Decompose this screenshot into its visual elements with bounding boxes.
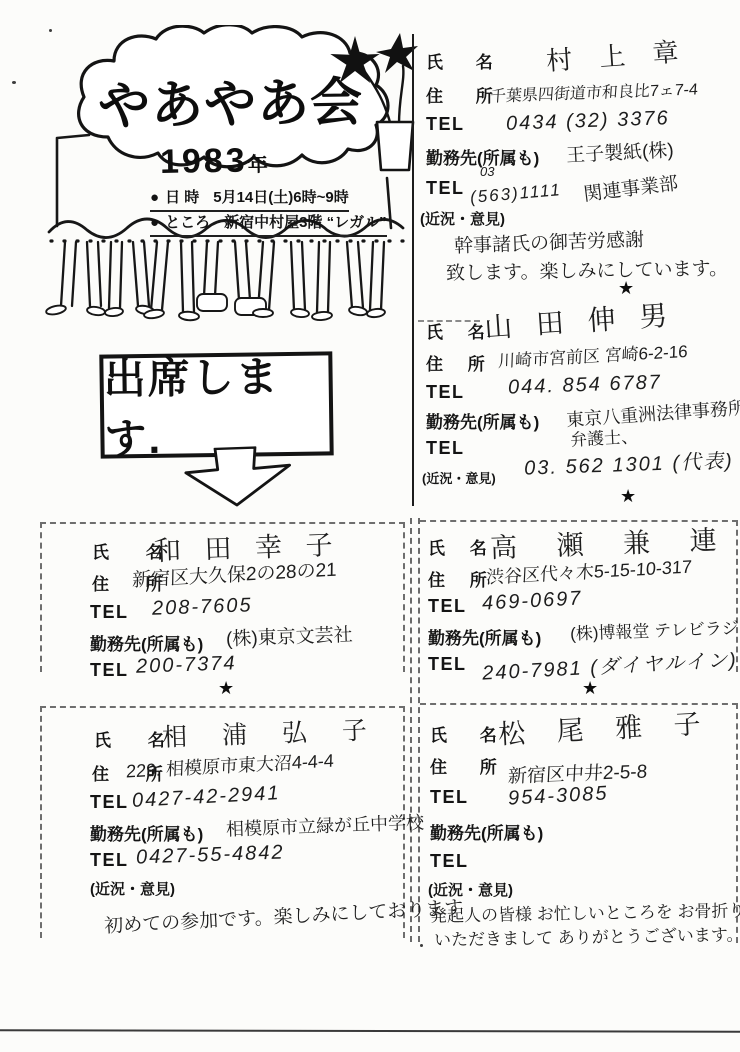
work-tel-value: 240-7981 (ダイヤルイン) <box>481 643 738 685</box>
work-tel-value: 03. 562 1301 (代表) <box>524 444 735 480</box>
scan-speck <box>420 944 423 947</box>
name-value: 松 尾 雅 子 <box>497 701 713 751</box>
work-label: 勤務先(所属も) <box>428 624 541 649</box>
tel-value: 208-7605 <box>152 594 253 620</box>
down-arrow-icon <box>177 445 299 509</box>
reply-form-aiura: 氏 名 相 浦 弘 子 住 所 229. 相模原市東大沼4-4-4 TEL 04… <box>40 706 405 938</box>
tel-value: 954-3085 <box>507 782 609 810</box>
work-value: (株)東京文芸社 <box>226 620 354 651</box>
work-title-value: 弁護士、 <box>569 422 638 451</box>
date-label: 日 時 <box>165 189 199 206</box>
work-tel-label: TEL <box>90 850 129 871</box>
tel-value: 0427-42-2941 <box>131 782 281 813</box>
address-value: 千葉県四街道市和良比7ェ7-4 <box>489 76 699 106</box>
bullet-icon: ● <box>150 214 159 231</box>
star-separator: ★ <box>218 678 234 699</box>
event-place-line: ●ところ新宿中村屋3階 “レガル” <box>150 211 387 237</box>
tel-label: TEL <box>426 382 465 403</box>
tel-label: TEL <box>428 596 467 617</box>
work-label: 勤務先(所属も) <box>90 630 203 655</box>
name-label: 氏 名 <box>426 48 507 73</box>
star-separator: ★ <box>620 486 636 507</box>
address-value: 229. 相模原市東大沼4-4-4 <box>126 747 335 784</box>
tel-label: TEL <box>430 787 469 808</box>
year-suffix: 年 <box>248 154 271 176</box>
comment-line2: いただきまして ありがとうございます。 <box>434 920 740 950</box>
tel-label: TEL <box>90 792 129 813</box>
comment-label: (近況・意見) <box>90 878 175 899</box>
work-label: 勤務先(所属も) <box>430 819 543 844</box>
comment-label: (近況・意見) <box>420 208 505 229</box>
reply-form-matsuo: 氏 名 松 尾 雅 子 住 所 新宿区中井2-5-8 TEL 954-3085 … <box>420 703 738 943</box>
scanned-reply-sheet: やあやあ会 1983年 ●日 時5月14日(土)6時~9時 ●ところ新宿中村屋3… <box>0 0 740 1052</box>
year-number: 1983 <box>160 141 248 181</box>
reply-form-takase: 氏 名 高 瀬 兼 連 住 所 渋谷区代々木5-15-10-317 TEL 46… <box>420 520 738 672</box>
work-label: 勤務先(所属も) <box>90 820 203 845</box>
work-tel-label: TEL <box>428 654 467 675</box>
work-tel-label: TEL <box>426 438 465 459</box>
place-value: 新宿中村屋3階 “レガル” <box>224 214 387 231</box>
tel-value: 469-0697 <box>481 587 583 615</box>
event-date-line: ●日 時5月14日(土)6時~9時 <box>150 186 349 212</box>
date-value: 5月14日(土)6時~9時 <box>213 189 348 206</box>
work-tel-label: TEL <box>430 851 469 872</box>
work-tel-value: 0427-55-4842 <box>136 841 285 869</box>
work-value: 王子製紙(株) <box>565 135 674 168</box>
tel-label: TEL <box>90 602 129 623</box>
column-divider <box>412 34 414 506</box>
comment-label: (近況・意見) <box>428 879 513 900</box>
comment-label: (近況・意見) <box>422 468 496 487</box>
tel-value: 044. 854 6787 <box>508 371 663 399</box>
work-tel-value: (563)1111 <box>469 180 562 208</box>
work-value: (株)博報堂 テレビラジオ局 <box>570 612 740 644</box>
work-dept-value: 関連事業部 <box>582 168 680 206</box>
reply-form-yamada: 氏 名 山 田 伸 男 住 所 川崎市宮前区 宮崎6-2-16 TEL 044.… <box>418 300 740 506</box>
work-tel-label: TEL <box>426 178 465 199</box>
name-value: 村 上 章 <box>545 31 690 78</box>
address-label: 住 所 <box>426 350 495 375</box>
work-label: 勤務先(所属も) <box>426 408 539 433</box>
star-separator: ★ <box>582 678 598 699</box>
work-tel-prefix: 03 <box>480 164 494 179</box>
event-year: 1983年 <box>160 141 271 182</box>
attendance-declaration-box: 出席します. <box>99 351 333 458</box>
reply-form-murakami: 氏 名 村 上 章 住 所 千葉県四街道市和良比7ェ7-4 TEL 0434 (… <box>418 38 740 300</box>
event-title: やあやあ会 <box>97 60 363 140</box>
work-tel-value: 200-7374 <box>136 652 237 678</box>
reply-form-wada: 氏 名 和 田 幸 子 住 所 新宿区大久保2の28の21 TEL 208-76… <box>40 522 405 672</box>
scan-speck <box>12 81 16 84</box>
column-divider-dashed <box>410 518 412 942</box>
place-label: ところ <box>165 214 210 231</box>
tel-label: TEL <box>426 114 465 135</box>
address-label: 住 所 <box>430 753 511 778</box>
comment-line2: 致します。楽しみにしています。 <box>446 254 728 286</box>
name-value: 相 浦 弘 子 <box>161 710 381 754</box>
work-value: 相模原市立緑が丘中学校 <box>226 809 425 842</box>
work-tel-label: TEL <box>90 660 129 681</box>
scan-speck <box>49 29 52 32</box>
name-label: 氏 名 <box>428 534 497 559</box>
comment-line1: 幹事諸氏の御苦労感謝 <box>454 225 645 259</box>
photocopy-edge-line <box>0 1029 740 1033</box>
bullet-icon: ● <box>150 189 159 206</box>
tel-value: 0434 (32) 3376 <box>506 107 670 136</box>
